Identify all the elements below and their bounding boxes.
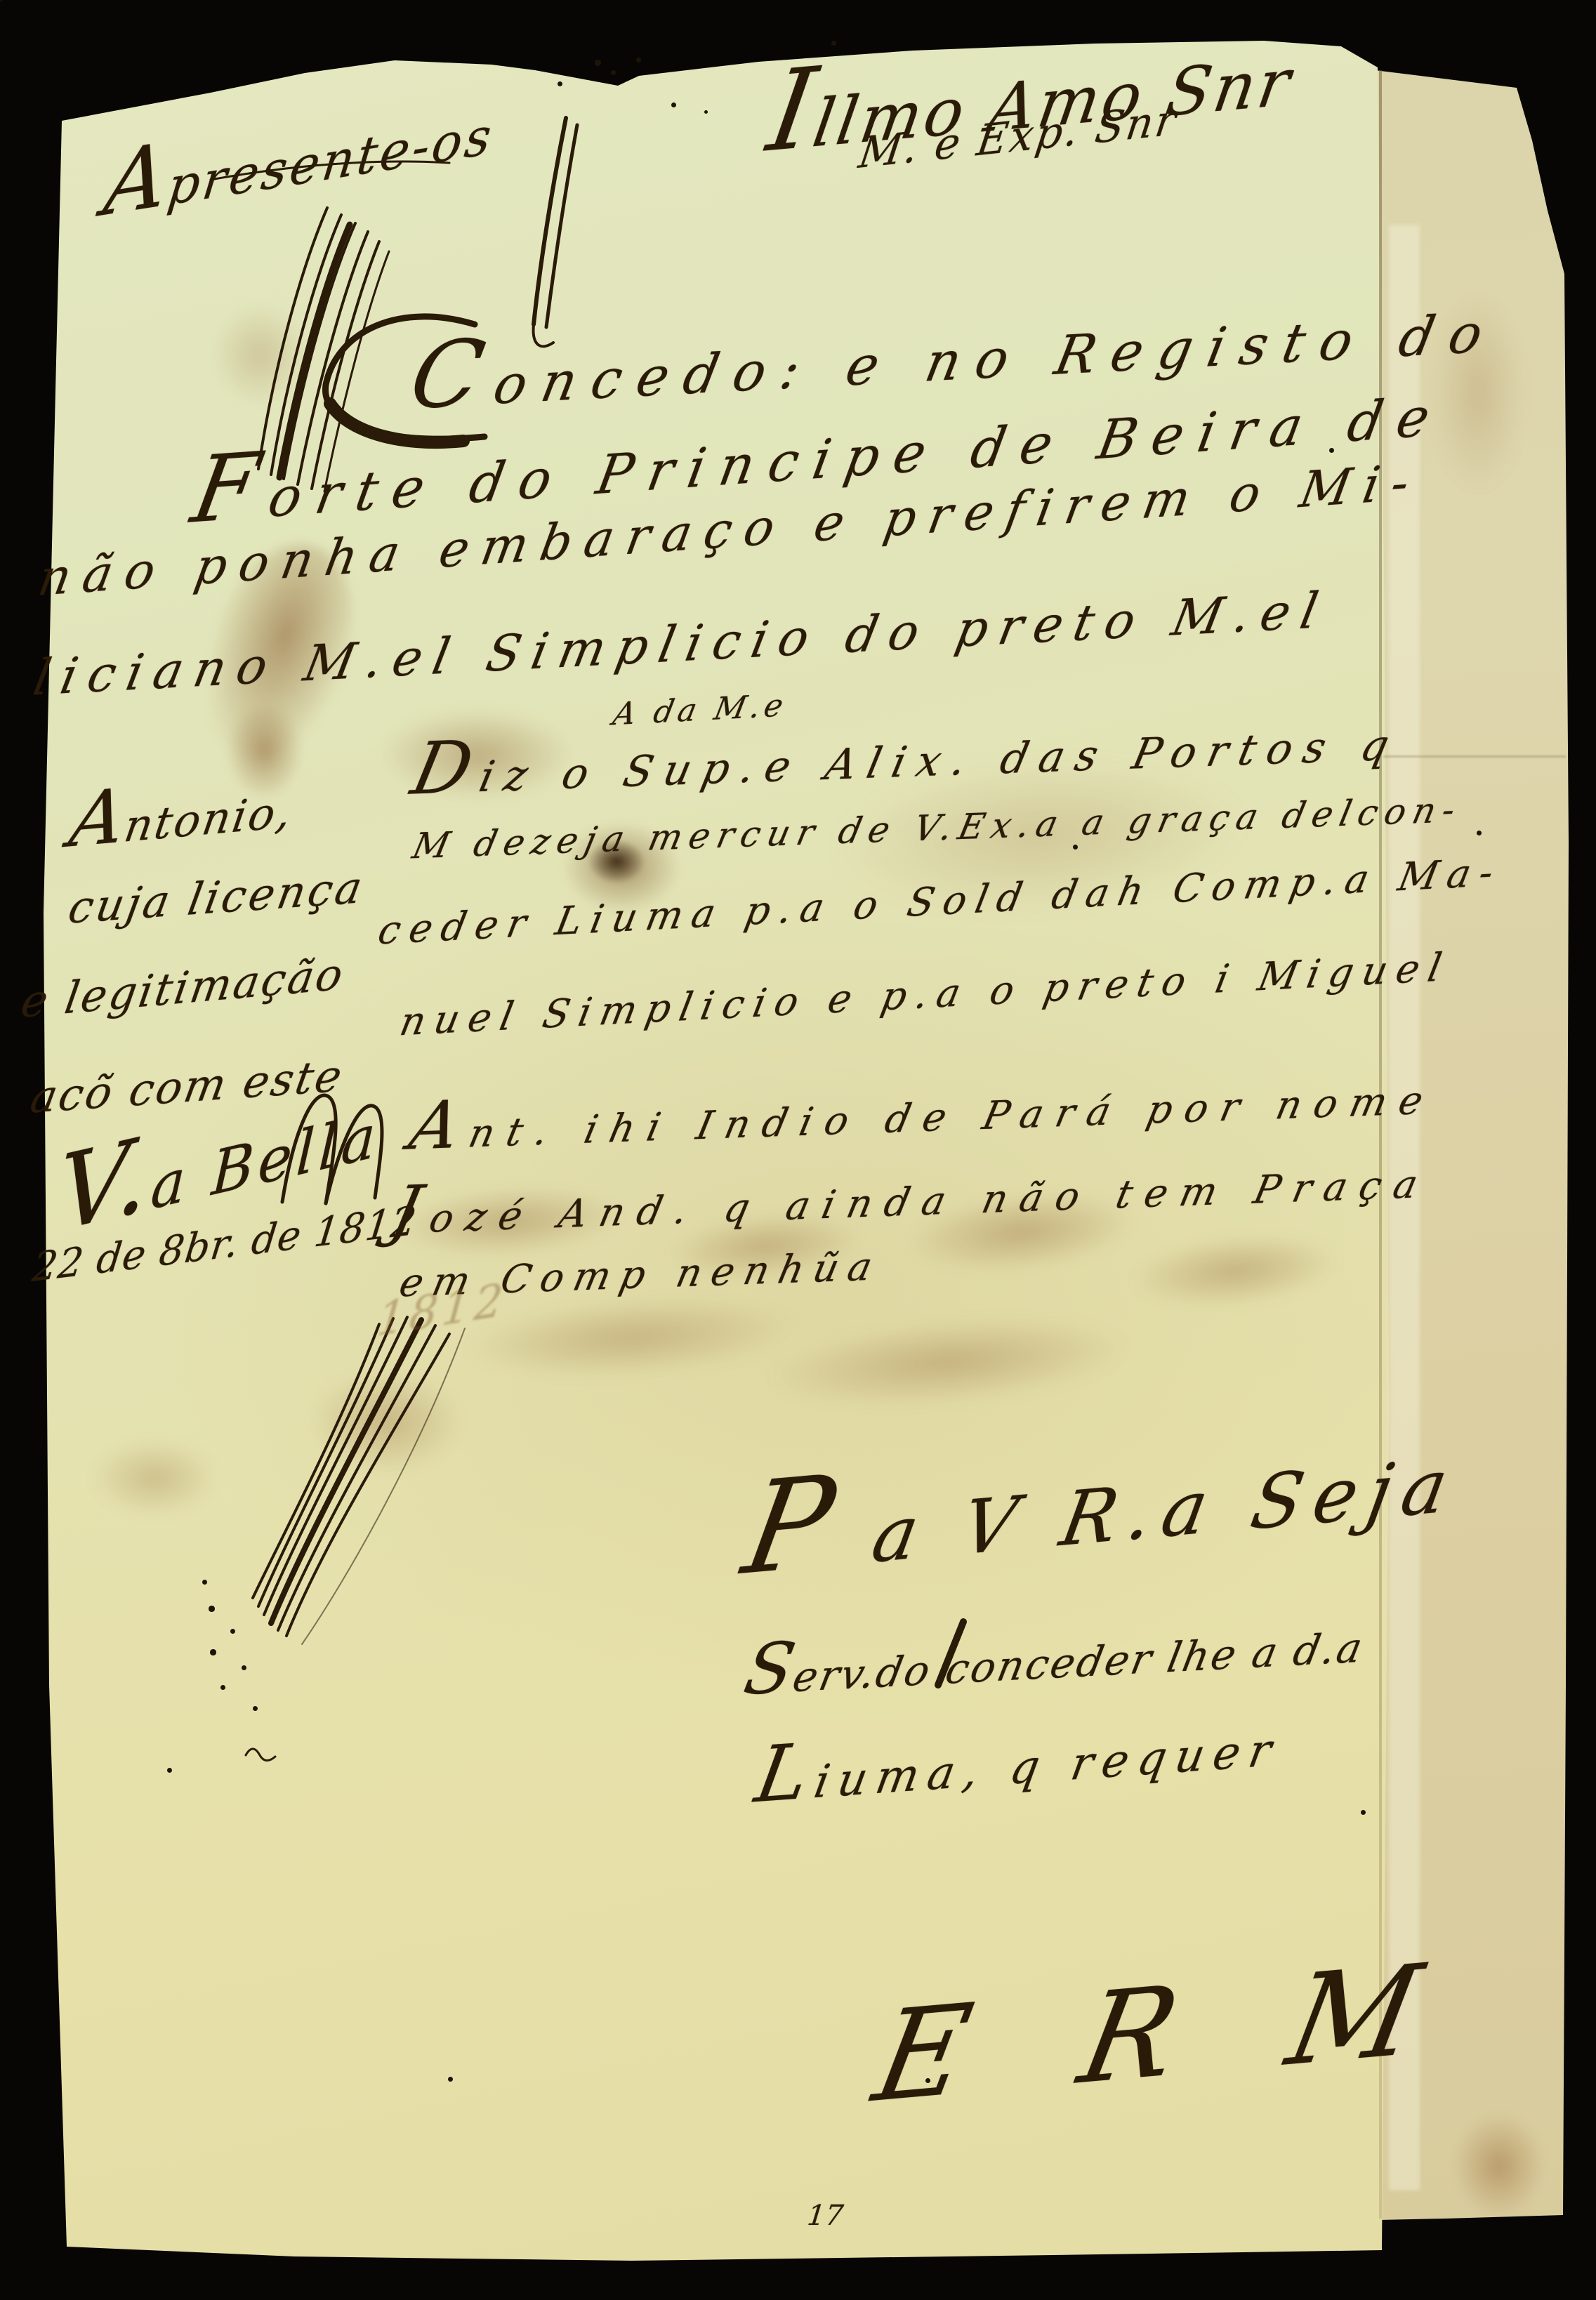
flap-crease — [1383, 755, 1566, 758]
page-mark: 17 — [806, 2202, 845, 2230]
photo-of-manuscript: { "meta": { "description_label": "Handwr… — [0, 0, 1596, 2300]
ink-specks — [0, 0, 2, 2]
